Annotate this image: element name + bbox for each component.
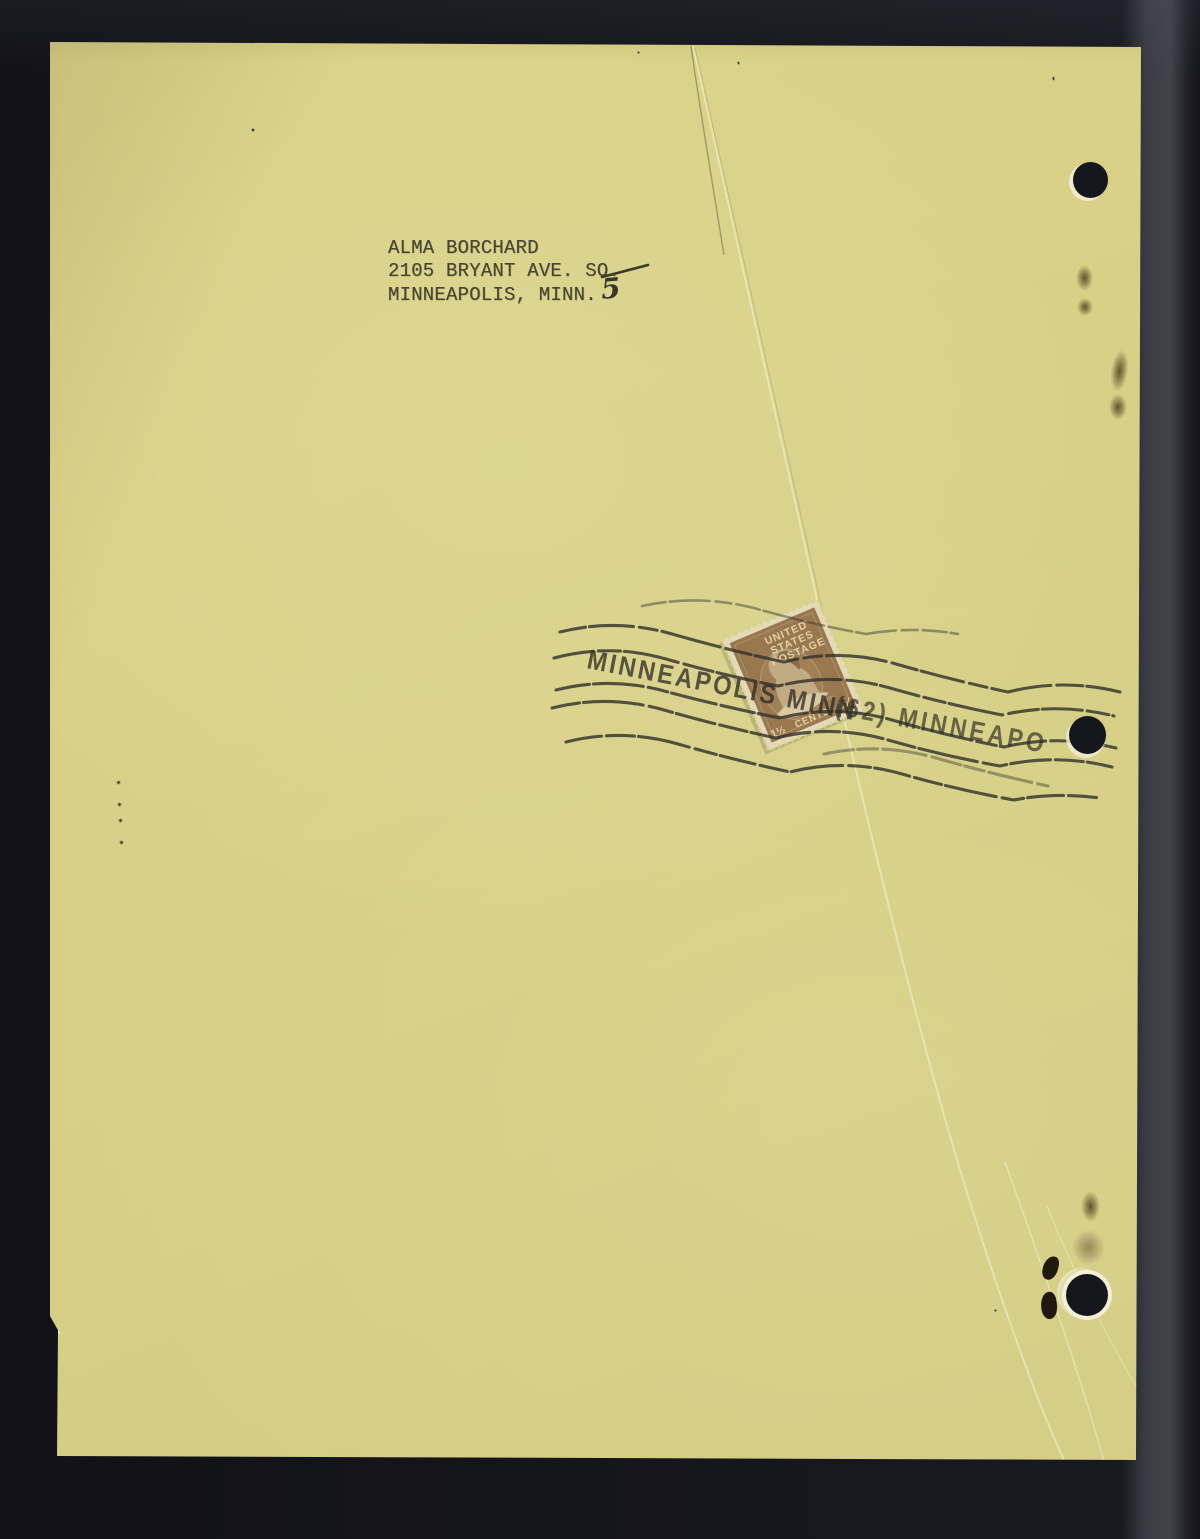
stamp-portrait: [761, 642, 823, 715]
paper-speck: [251, 128, 255, 132]
crease-line: [50, 1318, 60, 1334]
ink-speck: [117, 802, 122, 807]
stain: [1072, 1230, 1105, 1265]
address-line-3: MINNEAPOLIS, MINN.: [388, 284, 620, 307]
ink-speck: [116, 780, 121, 785]
stain: [1108, 349, 1131, 393]
paper-speck: [1052, 76, 1055, 81]
stamp-portrait-shawl: [774, 686, 832, 724]
paper-speck: [637, 51, 640, 54]
envelope-paper: UNITED STATES POSTAGE MARTHA WASHINGTON …: [0, 0, 1200, 1539]
cancel-station-text: (62) MINNEAPO: [833, 691, 1050, 760]
ink-blot: [1039, 1291, 1059, 1320]
stamp-portrait-hair: [775, 647, 802, 676]
stain: [1077, 298, 1093, 316]
crease-overlay: [0, 0, 1200, 1539]
paper-speck: [994, 1309, 997, 1312]
stamp-frame: [735, 613, 851, 738]
stamp-portrait-oval: [750, 639, 833, 729]
stain: [1109, 394, 1127, 420]
cancellation-mark: MINNEAPOLIS MINN (62) MINNEAPO: [0, 0, 1200, 1539]
stamp-body: [730, 607, 857, 742]
stamp-shadow: [719, 603, 862, 754]
cancel-wavy-line: [566, 735, 1100, 800]
crease-line: [693, 46, 1064, 1460]
stamp-value-left: 1½: [769, 724, 788, 741]
address-block: ALMA BORCHARD2105 BRYANT AVE. SO.MINNEAP…: [388, 237, 620, 307]
cancel-wavy-line: [552, 701, 1112, 767]
stamp-perforation: [722, 599, 865, 750]
cancel-wavy-line: [556, 683, 1116, 748]
cancel-wavy-line: [560, 625, 1120, 692]
stamp-country-line3: POSTAGE: [770, 635, 828, 669]
postage-stamp: UNITED STATES POSTAGE MARTHA WASHINGTON …: [700, 575, 900, 775]
paper-speck: [737, 61, 740, 65]
stamp-country-line1: UNITED: [763, 619, 809, 648]
crease-line: [691, 46, 724, 255]
punch-hole-top: [1073, 162, 1108, 198]
address-line-1: ALMA BORCHARD: [388, 237, 620, 260]
cancel-wavy-line: [642, 600, 958, 634]
crease-line: [695, 48, 830, 645]
stamp-value-right: 1½: [836, 695, 855, 712]
stain: [1081, 1191, 1100, 1222]
ink-blot: [1040, 1255, 1060, 1282]
stamp-country-line2: STATES: [769, 628, 816, 657]
punch-hole-bottom: [1066, 1274, 1108, 1316]
postal-zone-number: 5: [600, 271, 622, 306]
ink-speck: [119, 840, 124, 845]
stamp-value-word: CENTS: [793, 706, 832, 731]
stain: [1076, 265, 1093, 291]
ink-speck: [118, 818, 123, 823]
address-line-2: 2105 BRYANT AVE. SO.: [388, 260, 620, 283]
cancel-wavy-line: [824, 749, 1048, 786]
scan-backdrop: UNITED STATES POSTAGE MARTHA WASHINGTON …: [0, 0, 1200, 1539]
cancel-city-text: MINNEAPOLIS MINN: [585, 645, 860, 727]
punch-hole-middle: [1069, 716, 1106, 754]
stamp-portrait-name: MARTHA WASHINGTON: [779, 694, 835, 721]
cancel-wavy-line: [554, 651, 1114, 716]
